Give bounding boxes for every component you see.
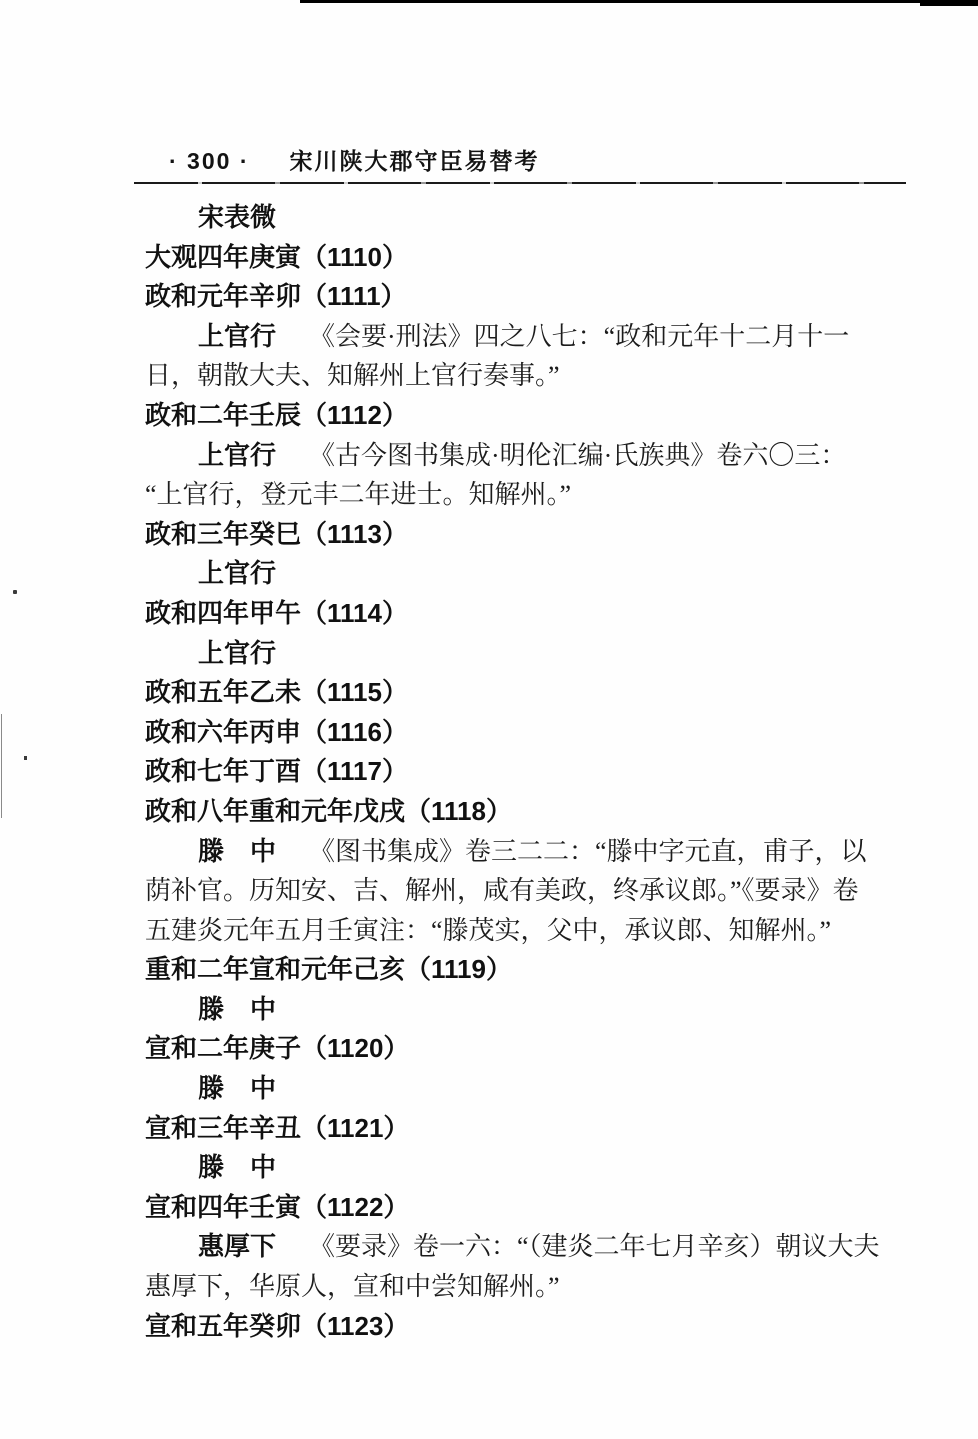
scan-artifact-speck bbox=[13, 590, 17, 594]
person-name: 宋表微 bbox=[198, 202, 276, 232]
year-heading: 政和八年重和元年戊戌（1118） bbox=[145, 796, 512, 826]
page-body: 宋表微大观四年庚寅（1110）政和元年辛卯（1111）上官行《会要·刑法》四之八… bbox=[145, 198, 923, 1346]
citation-text: 惠厚下，华原人，宣和中尝知解州。” bbox=[145, 1272, 560, 1301]
entry-line: 惠厚下，华原人，宣和中尝知解州。” bbox=[145, 1267, 923, 1307]
citation-text: 日，朝散大夫、知解州上官行奏事。” bbox=[145, 361, 560, 390]
entry-line-indented: 滕 中 bbox=[145, 1148, 923, 1188]
header-rule bbox=[134, 182, 906, 184]
person-name: 滕 中 bbox=[198, 1152, 276, 1182]
entry-line: 政和元年辛卯（1111） bbox=[145, 277, 923, 317]
citation-text: 荫补官。历知安、吉、解州，咸有美政，终承议郎。”《要录》卷 bbox=[145, 876, 859, 905]
book-title: 宋川陕大郡守臣易替考 bbox=[289, 143, 539, 176]
scan-artifact-edge-line bbox=[1, 714, 2, 818]
entry-line: 荫补官。历知安、吉、解州，咸有美政，终承议郎。”《要录》卷 bbox=[145, 871, 923, 911]
person-name: 上官行 bbox=[198, 321, 276, 351]
entry-line-indented: 上官行 bbox=[145, 554, 923, 594]
entry-line: 政和三年癸巳（1113） bbox=[145, 515, 923, 555]
year-heading: 宣和三年辛丑（1121） bbox=[145, 1113, 409, 1143]
person-name: 滕 中 bbox=[198, 994, 276, 1024]
person-name: 滕 中 bbox=[198, 836, 276, 866]
person-name: 惠厚下 bbox=[198, 1231, 276, 1261]
entry-line: 宣和三年辛丑（1121） bbox=[145, 1109, 923, 1149]
citation-text: 五建炎元年五月壬寅注：“滕茂实，父中，承议郎、知解州。” bbox=[145, 916, 831, 945]
year-heading: 宣和二年庚子（1120） bbox=[145, 1033, 409, 1063]
entry-line: 政和八年重和元年戊戌（1118） bbox=[145, 792, 923, 832]
citation-text: 《要录》卷一六：“（建炎二年七月辛亥）朝议大夫 bbox=[309, 1232, 880, 1261]
person-name: 上官行 bbox=[198, 558, 276, 588]
citation-text: “上官行，登元丰二年进士。知解州。” bbox=[145, 480, 571, 509]
year-heading: 宣和四年壬寅（1122） bbox=[145, 1192, 409, 1222]
entry-line-indented: 宋表微 bbox=[145, 198, 923, 238]
scan-artifact-top-line-thick bbox=[920, 0, 978, 6]
entry-line: 政和五年乙未（1115） bbox=[145, 673, 923, 713]
year-heading: 政和五年乙未（1115） bbox=[145, 677, 408, 707]
entry-line: 宣和五年癸卯（1123） bbox=[145, 1307, 923, 1347]
entry-line: 政和二年壬辰（1112） bbox=[145, 396, 923, 436]
scan-artifact-speck bbox=[24, 756, 27, 760]
person-name: 上官行 bbox=[198, 638, 276, 668]
year-heading: 政和四年甲午（1114） bbox=[145, 598, 408, 628]
year-heading: 宣和五年癸卯（1123） bbox=[145, 1311, 409, 1341]
year-heading: 政和三年癸巳（1113） bbox=[145, 519, 408, 549]
entry-line-indented: 上官行《会要·刑法》四之八七：“政和元年十二月十一 bbox=[145, 317, 923, 357]
year-heading: 政和六年丙申（1116） bbox=[145, 717, 408, 747]
entry-line-indented: 滕 中 bbox=[145, 990, 923, 1030]
entry-line: 宣和四年壬寅（1122） bbox=[145, 1188, 923, 1228]
entry-line: 宣和二年庚子（1120） bbox=[145, 1029, 923, 1069]
running-header: · 300 · 宋川陕大郡守臣易替考 bbox=[169, 143, 539, 176]
citation-text: 《会要·刑法》四之八七：“政和元年十二月十一 bbox=[309, 322, 849, 351]
entry-line: 政和四年甲午（1114） bbox=[145, 594, 923, 634]
entry-line-indented: 上官行《古今图书集成·明伦汇编·氏族典》卷六〇三： bbox=[145, 436, 923, 476]
entry-line: 政和六年丙申（1116） bbox=[145, 713, 923, 753]
entry-line: 日，朝散大夫、知解州上官行奏事。” bbox=[145, 356, 923, 396]
entry-line-indented: 滕 中《图书集成》卷三二二：“滕中字元直，甫子，以 bbox=[145, 832, 923, 872]
page-number: · 300 · bbox=[169, 148, 249, 175]
year-heading: 重和二年宣和元年己亥（1119） bbox=[145, 954, 512, 984]
year-heading: 政和元年辛卯（1111） bbox=[145, 281, 407, 311]
entry-line-indented: 上官行 bbox=[145, 634, 923, 674]
entry-line: “上官行，登元丰二年进士。知解州。” bbox=[145, 475, 923, 515]
person-name: 上官行 bbox=[198, 440, 276, 470]
entry-line-indented: 滕 中 bbox=[145, 1069, 923, 1109]
year-heading: 大观四年庚寅（1110） bbox=[145, 242, 408, 272]
entry-line: 五建炎元年五月壬寅注：“滕茂实，父中，承议郎、知解州。” bbox=[145, 911, 923, 951]
entry-line-indented: 惠厚下《要录》卷一六：“（建炎二年七月辛亥）朝议大夫 bbox=[145, 1227, 923, 1267]
person-name: 滕 中 bbox=[198, 1073, 276, 1103]
citation-text: 《图书集成》卷三二二：“滕中字元直，甫子，以 bbox=[309, 837, 867, 866]
citation-text: 《古今图书集成·明伦汇编·氏族典》卷六〇三： bbox=[309, 441, 846, 470]
entry-line: 政和七年丁酉（1117） bbox=[145, 752, 923, 792]
entry-line: 重和二年宣和元年己亥（1119） bbox=[145, 950, 923, 990]
year-heading: 政和七年丁酉（1117） bbox=[145, 756, 408, 786]
entry-line: 大观四年庚寅（1110） bbox=[145, 238, 923, 278]
scan-artifact-top-line bbox=[300, 0, 978, 3]
year-heading: 政和二年壬辰（1112） bbox=[145, 400, 408, 430]
